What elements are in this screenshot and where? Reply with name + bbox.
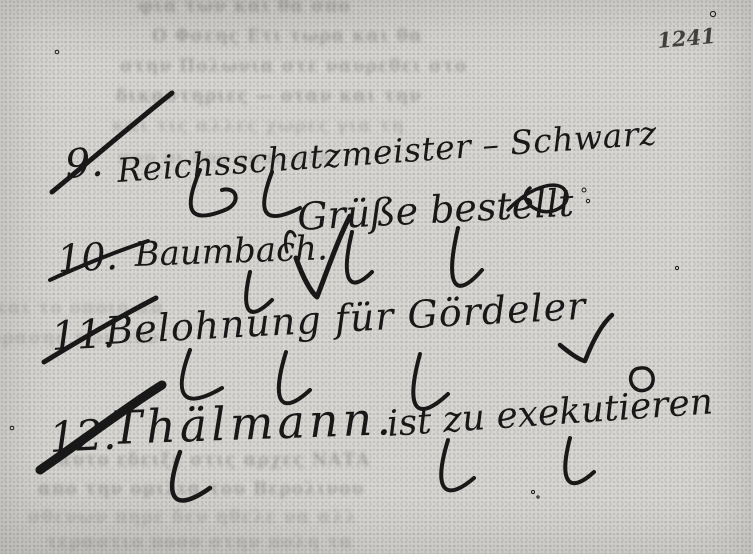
ink-fleck <box>10 426 14 430</box>
scanned-document-page: φια των και θα σπο Ο Φσεης Ετι τωρα και … <box>0 0 753 554</box>
ink-fleck <box>710 11 715 16</box>
handwriting-layer: 1241 9. Reichsschatzmeister – Schwarz Gr… <box>0 0 753 554</box>
ink-fleck <box>675 266 678 269</box>
kurrent-flourish <box>565 438 594 483</box>
kurrent-flourish <box>264 172 300 216</box>
item-11-text: Belohnung für Gördeler <box>103 284 589 353</box>
kurrent-flourish <box>182 350 222 399</box>
ink-dot <box>582 188 586 192</box>
kurrent-flourish <box>441 440 474 490</box>
kurrent-flourish <box>172 452 210 500</box>
item-12-text: Thälmann. <box>110 391 395 455</box>
ink-fleck <box>531 490 534 493</box>
item-12-note: ist zu exekutieren <box>386 381 714 445</box>
ink-fleck <box>537 496 539 498</box>
page-number-annotation: 1241 <box>656 23 716 53</box>
kurrent-flourish <box>452 228 482 286</box>
kurrent-flourish <box>347 232 372 283</box>
ink-dot <box>586 199 589 202</box>
ink-fleck <box>55 50 59 54</box>
